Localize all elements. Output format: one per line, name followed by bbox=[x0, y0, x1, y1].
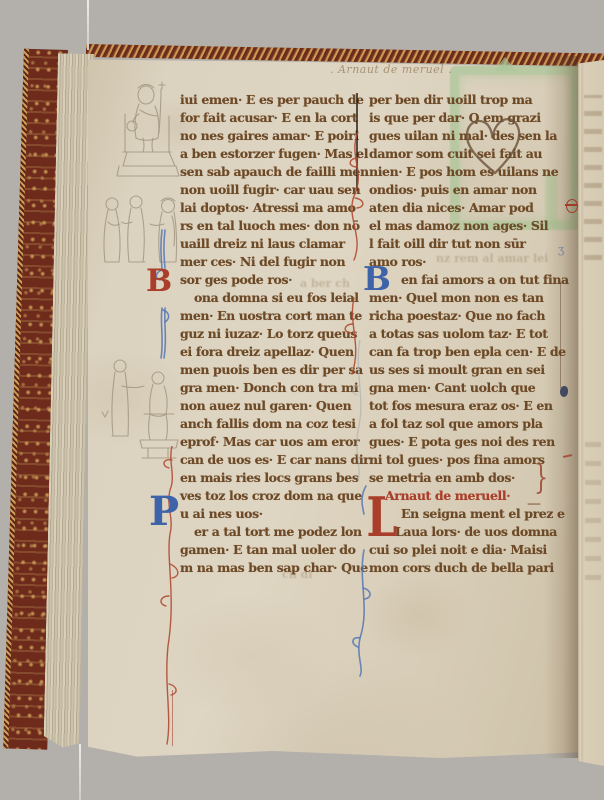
text-line: gra men· Donch con tra mi bbox=[180, 379, 372, 397]
text-line: can de uos es· E car nans dir bbox=[180, 451, 372, 469]
text-line: gamen· E tan mal uoler do bbox=[180, 541, 372, 559]
running-title: . Arnaut de meruel . bbox=[330, 63, 452, 76]
text-line: us ses si moult gran en sei bbox=[369, 361, 561, 379]
paragraph-bracket-mark: } bbox=[534, 457, 548, 497]
text-line: anch fallis dom na coz tesi bbox=[180, 415, 372, 433]
text-line: iui emen· E es per pauch de bbox=[180, 91, 372, 109]
hanging-thread-top bbox=[87, 0, 89, 50]
pen-flourish-pale-gutter bbox=[346, 340, 376, 482]
text-line: se metria en amb dos· bbox=[369, 469, 561, 487]
text-line: amo ros· bbox=[369, 253, 561, 271]
initial-b-blue: B bbox=[363, 262, 391, 295]
text-line: tot fos mesura eraz os· E en bbox=[369, 397, 561, 415]
text-line: aten dia nices· Amar pod bbox=[369, 199, 561, 217]
text-line: ondios· puis en amar non bbox=[369, 181, 561, 199]
heart-doodle bbox=[456, 103, 529, 183]
next-page-red-initial-mark bbox=[566, 199, 578, 213]
next-page-text-smudge bbox=[585, 430, 601, 580]
initial-l-red: L bbox=[366, 490, 397, 544]
text-line: ni tol gues· pos fina amors bbox=[369, 451, 561, 469]
text-line: en fai amors a on tut fina bbox=[369, 271, 561, 289]
text-line: en mais ries locs grans bes bbox=[180, 469, 372, 487]
text-line: Laua lors· de uos domna bbox=[369, 523, 561, 541]
text-line: eprof· Mas car uos am eror bbox=[180, 433, 372, 451]
next-page-text-smudge bbox=[584, 95, 602, 260]
text-line: gues· E pota ges noi des ren bbox=[369, 433, 561, 451]
initial-b-red: B bbox=[146, 266, 172, 297]
text-line: l fait oill dir tut non sūr bbox=[369, 235, 561, 253]
manuscript-photo: a ber ch nz rem al amar lei ch di } — . … bbox=[0, 0, 604, 800]
text-line: u ai nes uos· bbox=[180, 505, 372, 523]
margin-ruling-line bbox=[560, 282, 561, 388]
hanging-thread-bottom bbox=[79, 744, 81, 800]
text-line: richa poestaz· Que no fach bbox=[369, 307, 561, 325]
text-line: a totas sas uolom taz· E tot bbox=[369, 325, 561, 343]
next-page-blue-curl: ʒ bbox=[558, 243, 564, 256]
text-line: gna men· Cant uolch que bbox=[369, 379, 561, 397]
initial-p-blue: P bbox=[149, 492, 179, 532]
text-line: men· Quel mon non es tan bbox=[369, 289, 561, 307]
text-line: cui so plei noit e dia· Maisi bbox=[369, 541, 561, 559]
next-page-blue-blob bbox=[560, 386, 568, 397]
rubric-dash-mark: — bbox=[527, 496, 541, 512]
text-line: ves toz los croz dom na que bbox=[180, 487, 372, 505]
text-line: can fa trop ben epla cen· E de bbox=[369, 343, 561, 361]
text-line: er a tal tort me podez lon bbox=[180, 523, 372, 541]
text-line: per ben dir uoill trop ma bbox=[369, 91, 561, 109]
sketch-enthroned-figure bbox=[103, 80, 191, 192]
text-line: a fol taz sol que amors pla bbox=[369, 415, 561, 433]
text-line: for fait acusar· E en la cort bbox=[180, 109, 372, 127]
text-line: mon cors duch de bella pari bbox=[369, 559, 561, 577]
text-line: non auez nul garen· Quen bbox=[180, 397, 372, 415]
text-line: m na mas ben sap char· Que bbox=[180, 559, 372, 577]
text-line: el mas damoz non ages· Sil bbox=[369, 217, 561, 235]
